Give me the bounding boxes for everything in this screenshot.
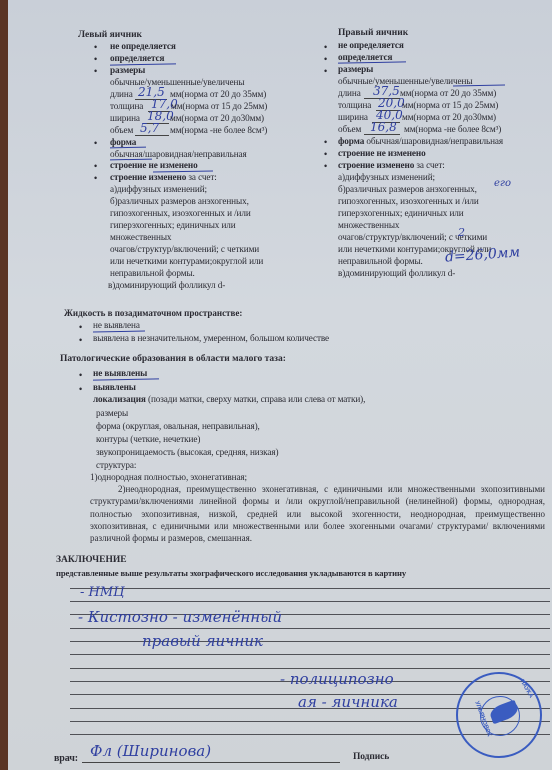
- left-change-b7: неправильной формы.: [110, 268, 195, 279]
- left-change-b2: гипоэхогенных, изоэхогенных и /или: [110, 208, 251, 219]
- left-width-label: ширина: [110, 113, 140, 124]
- left-volume-value: 5,7: [140, 121, 159, 135]
- left-change-b6: или нечеткими контурами;округлой или: [110, 256, 263, 267]
- clinic-stamp: НАУКА УЛЬЯНОВСК: [456, 672, 542, 758]
- doctor-handwritten-name: Фл (Ширинова): [90, 742, 211, 760]
- right-sizes-label: размеры: [338, 64, 373, 75]
- conclusion-handwritten-1: - НМЦ: [80, 585, 125, 600]
- right-thickness-label: толщина: [338, 100, 371, 111]
- right-shape: форма обычная/шаровидная/неправильная: [338, 136, 503, 147]
- right-change-b1: б)различных размеров анэхогенных,: [338, 184, 477, 195]
- right-not-defined: не определяется: [338, 40, 404, 51]
- bullet: •: [94, 66, 97, 76]
- bullet: •: [79, 322, 82, 332]
- bullet: •: [324, 42, 327, 52]
- left-ovary-title: Левый яичник: [78, 30, 142, 40]
- bullet: •: [94, 161, 97, 171]
- right-volume-norm: мм(норма -не более 8см³): [404, 124, 501, 135]
- right-thickness-norm: мм(норма от 15 до 25мм): [402, 100, 498, 111]
- pathology-sound: звукопроницаемость (высокая, средняя, ни…: [96, 447, 278, 458]
- bullet: •: [324, 66, 327, 76]
- bullet: •: [94, 173, 97, 183]
- fluid-opt-found: выявлена в незначительном, умеренном, бо…: [93, 333, 329, 344]
- bullet: •: [79, 335, 82, 345]
- conclusion-intro: представленные выше результаты эхографич…: [56, 568, 406, 579]
- bullet: •: [94, 42, 97, 52]
- left-structure-unchanged: строение не изменено: [110, 160, 198, 171]
- right-structure-unchanged: строение не изменено: [338, 148, 426, 159]
- right-handwritten-incl: 2: [458, 226, 465, 239]
- pathology-not-found: не выявлены: [93, 368, 147, 379]
- right-width-norm: мм(норма от 20 до30мм): [402, 112, 496, 123]
- bullet: •: [79, 370, 82, 380]
- left-sizes-label: размеры: [110, 65, 145, 76]
- bullet: •: [324, 161, 327, 171]
- right-volume-label: объем: [338, 124, 361, 135]
- left-change-a: а)диффузных изменений;: [110, 184, 207, 195]
- left-change-b4: множественных: [110, 232, 171, 243]
- right-change-b4: множественных: [338, 220, 399, 231]
- right-structure-changed: строение изменено за счет:: [338, 160, 445, 171]
- ultrasound-report-page: Левый яичник • не определяется • определ…: [8, 0, 552, 770]
- pathology-contours: контуры (четкие, нечеткие): [96, 434, 200, 445]
- left-volume-label: объем: [110, 125, 133, 136]
- conclusion-handwritten-5: ая - яичника: [298, 693, 398, 711]
- doctor-label: врач:: [54, 753, 78, 764]
- right-change-c: в)доминирующий фолликул d-: [338, 268, 455, 279]
- bullet: •: [324, 137, 327, 147]
- pathology-shape: форма (округлая, овальная, неправильная)…: [96, 421, 260, 432]
- bullet: •: [79, 384, 82, 394]
- conclusion-handwritten-4: - полиципозно: [280, 670, 394, 688]
- right-change-a: а)диффузных изменений;: [338, 172, 435, 183]
- pathology-found: выявлены: [93, 382, 136, 393]
- bullet: •: [94, 54, 97, 64]
- right-ovary-title: Правый яичник: [338, 28, 408, 38]
- left-change-c: в)доминирующий фолликул d-: [108, 280, 225, 291]
- signature-label: Подпись: [353, 752, 389, 763]
- left-change-b5: очагов/структур/включений; с четкими: [110, 244, 259, 255]
- left-volume-norm: мм(норма -не более 8см³): [170, 125, 267, 136]
- left-change-b1: б)различных размеров анэхогенных,: [110, 196, 249, 207]
- pathology-structure-2: 2)неоднородная, преимущественно эхонегат…: [90, 483, 545, 544]
- pathology-structure-1: 1)однородная полностью, эхонегативная;: [90, 472, 247, 483]
- bullet: •: [324, 54, 327, 64]
- conclusion-title: ЗАКЛЮЧЕНИЕ: [56, 555, 127, 565]
- pathology-localization: локализация (позади матки, сверху матки,…: [93, 394, 365, 405]
- fluid-opt-not-found: не выявлена: [93, 320, 140, 331]
- pathology-sizes: размеры: [96, 408, 128, 419]
- left-change-b3: гиперэхогенных; единичных или: [110, 220, 236, 231]
- right-length-norm: мм(норма от 20 до 35мм): [400, 88, 496, 99]
- pathology-title: Патологические образования в области мал…: [60, 354, 286, 364]
- left-length-label: длина: [110, 89, 133, 100]
- right-handwritten-anech: его: [494, 178, 511, 189]
- left-width-norm: мм(норма от 20 до30мм): [170, 113, 264, 124]
- right-change-b7: неправильной формы.: [338, 256, 423, 267]
- right-volume-value: 16,8: [370, 120, 397, 134]
- left-length-norm: мм(норма от 20 до 35мм): [170, 89, 266, 100]
- right-change-b2: гипоэхогенных, изоэхогенных и /или: [338, 196, 479, 207]
- right-length-label: длина: [338, 88, 361, 99]
- bullet: •: [324, 149, 327, 159]
- fluid-title: Жидкость в позадиматочном пространстве:: [64, 308, 242, 318]
- left-sizes-options: обычные/уменьшенные/увеличены: [110, 77, 244, 88]
- pathology-structure: структура:: [96, 460, 136, 471]
- bullet: •: [94, 138, 97, 148]
- conclusion-handwritten-2: - Кистозно - изменённый: [78, 608, 282, 626]
- left-structure-changed: строение изменено за счет:: [110, 172, 217, 183]
- right-width-label: ширина: [338, 112, 368, 123]
- conclusion-handwritten-3: правый яичник: [142, 632, 263, 650]
- left-not-defined: не определяется: [110, 41, 176, 52]
- left-thickness-label: толщина: [110, 101, 143, 112]
- left-defined: определяется: [110, 53, 164, 64]
- left-thickness-norm: мм(норма от 15 до 25мм): [171, 101, 267, 112]
- right-change-b3: гиперэхогенных; единичных или: [338, 208, 464, 219]
